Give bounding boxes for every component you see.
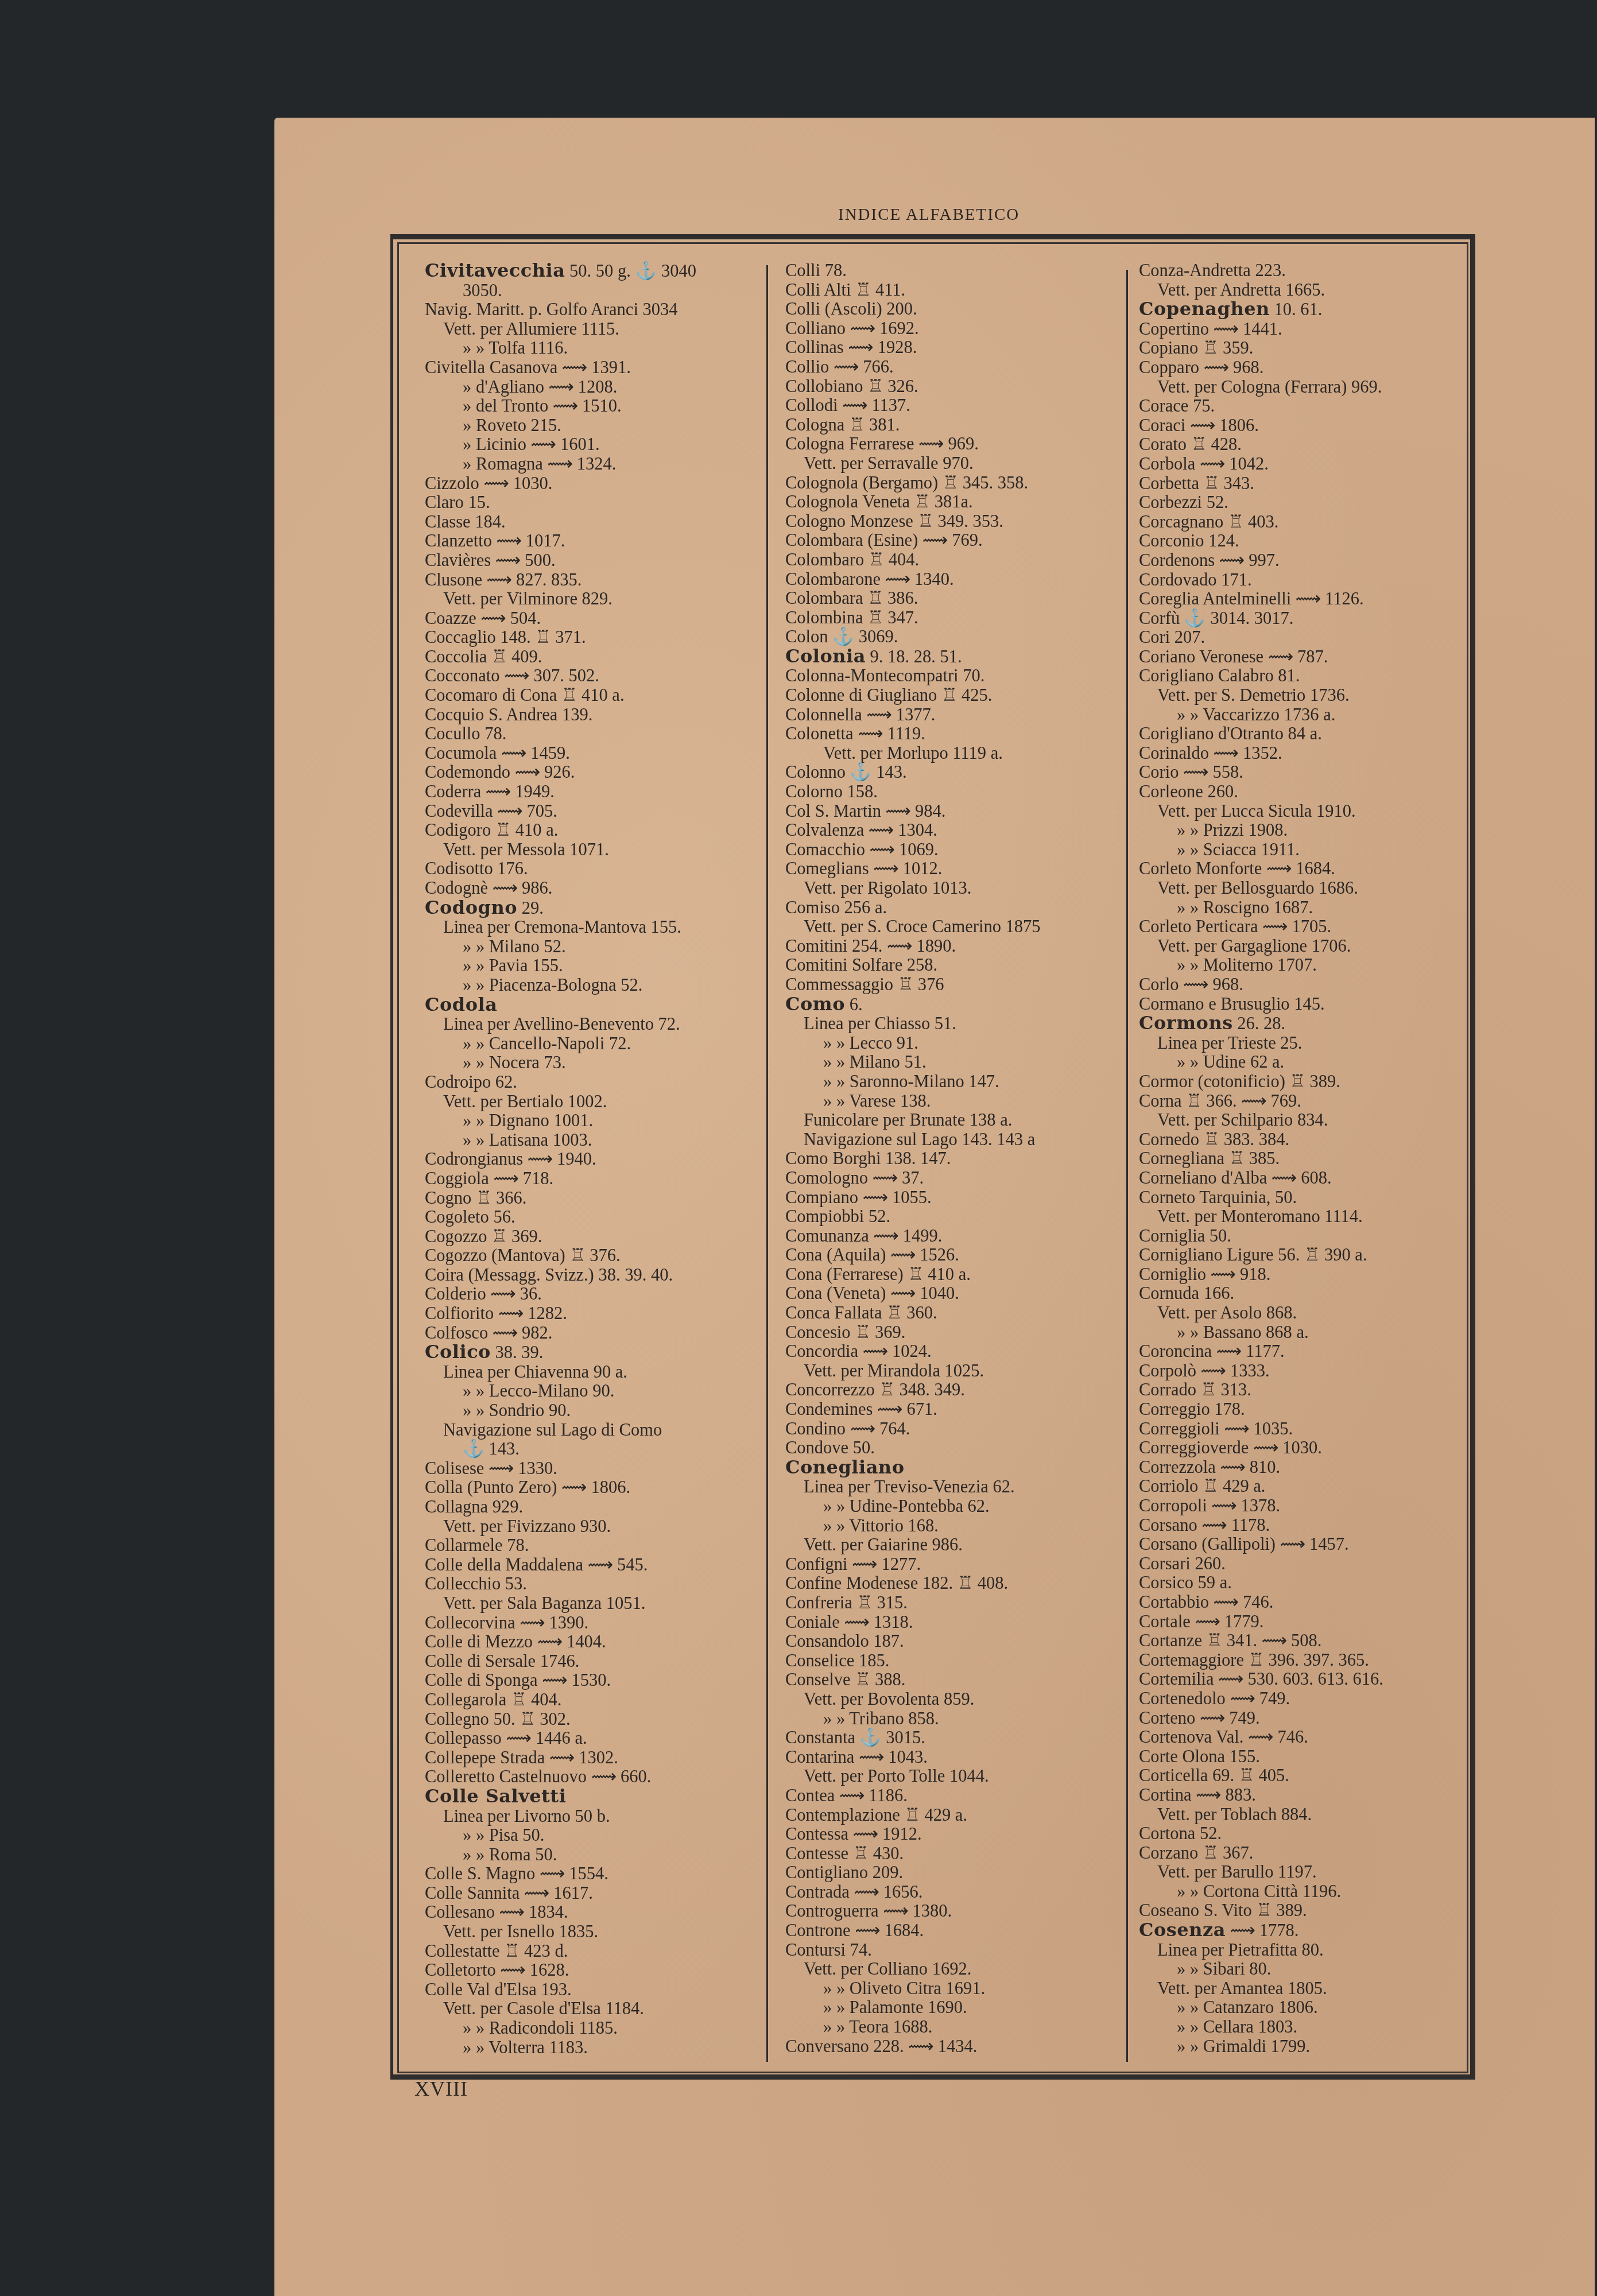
index-entry-text: Navigazione sul Lago di Como	[443, 1420, 662, 1440]
index-entry: Corneto Tarquinia, 50.	[1139, 1188, 1460, 1208]
index-entry: Cordovado 171.	[1139, 571, 1460, 590]
index-entry-text: Coraci ⟿ 1806.	[1139, 416, 1259, 435]
index-entry-text: Corneto Tarquinia, 50.	[1139, 1188, 1297, 1207]
index-entry: » » Lecco-Milano 90.	[425, 1382, 758, 1401]
index-entry: Cormons 26. 28.	[1139, 1014, 1460, 1034]
index-entry-text: Coderra ⟿ 1949.	[425, 782, 555, 801]
index-entry-text: Comologno ⟿ 37.	[785, 1168, 924, 1188]
index-entry-text: Civitella Casanova ⟿ 1391.	[425, 358, 631, 377]
index-entry: Contrada ⟿ 1656.	[785, 1883, 1130, 1902]
index-entry: Colle Val d'Elsa 193.	[425, 1980, 758, 2000]
index-entry: Colisese ⟿ 1330.	[425, 1459, 758, 1479]
index-entry-text: Corigliano Calabro 81.	[1139, 666, 1300, 685]
index-entry: Coriano Veronese ⟿ 787.	[1139, 647, 1460, 667]
index-entry: Cortemilia ⟿ 530. 603. 613. 616.	[1139, 1670, 1460, 1689]
index-entry: Corticella 69. ♖ 405.	[1139, 1766, 1460, 1786]
index-entry-text: Colle di Sponga ⟿ 1530.	[425, 1670, 611, 1690]
index-entry-heading: Colico	[425, 1341, 491, 1363]
index-entry-text: Linea per Chiasso 51.	[804, 1014, 956, 1033]
index-entry-text: Confine Modenese 182. ♖ 408.	[785, 1573, 1008, 1593]
index-entry-text: Comitini Solfare 258.	[785, 955, 937, 975]
index-entry-text: » » Bassano 868 a.	[1177, 1322, 1309, 1342]
index-entry: Cogozzo ♖ 369.	[425, 1227, 758, 1247]
index-entry: Concesio ♖ 369.	[785, 1323, 1130, 1343]
index-entry-text: » » Lecco-Milano 90.	[463, 1381, 614, 1401]
index-entry-text: Cologna Ferrarese ⟿ 969.	[785, 434, 979, 453]
index-entry: Navigazione sul Lago di Como	[425, 1421, 758, 1440]
index-entry: Concordia ⟿ 1024.	[785, 1342, 1130, 1362]
index-entry-text: Cortale ⟿ 1779.	[1139, 1612, 1263, 1631]
index-entry: Colombara ♖ 386.	[785, 589, 1130, 608]
index-entry: Copertino ⟿ 1441.	[1139, 320, 1460, 339]
index-entry: Conca Fallata ♖ 360.	[785, 1304, 1130, 1323]
index-entry: Condemines ⟿ 671.	[785, 1400, 1130, 1420]
index-entry: Vett. per Fivizzano 930.	[425, 1517, 758, 1537]
index-entry: Colle Sannita ⟿ 1617.	[425, 1884, 758, 1903]
index-entry: Cori 207.	[1139, 628, 1460, 647]
index-entry: Colderio ⟿ 36.	[425, 1285, 758, 1304]
index-entry-text: Cori 207.	[1139, 627, 1205, 647]
index-entry-text: Corace 75.	[1139, 396, 1215, 416]
index-entry-text: Como Borghi 138. 147.	[785, 1149, 951, 1168]
index-entry: Linea per Trieste 25.	[1139, 1034, 1460, 1053]
index-entry-text: Compiobbi 52.	[785, 1207, 890, 1226]
index-entry: Navigazione sul Lago 143. 143 a	[785, 1130, 1130, 1150]
index-entry: » » Latisana 1003.	[425, 1131, 758, 1150]
index-entry-text: Corfù ⚓ 3014. 3017.	[1139, 608, 1293, 628]
index-entry-text: Colli Alti ♖ 411.	[785, 280, 905, 300]
index-entry-text: Cogoleto 56.	[425, 1207, 515, 1227]
index-entry: Cona (Ferrarese) ♖ 410 a.	[785, 1265, 1130, 1285]
index-entry: Collobiano ♖ 326.	[785, 377, 1130, 397]
index-entry: Colonnella ⟿ 1377.	[785, 705, 1130, 725]
index-entry-text: Conca Fallata ♖ 360.	[785, 1303, 937, 1322]
index-entry-text: Corticella 69. ♖ 405.	[1139, 1766, 1289, 1785]
index-entry-text: Concesio ♖ 369.	[785, 1322, 905, 1342]
index-entry-text: Colliano ⟿ 1692.	[785, 319, 919, 338]
index-entry-text: » » Sciacca 1911.	[1177, 840, 1300, 859]
index-entry-text: Cortona 52.	[1139, 1824, 1222, 1843]
index-entry: Collarmele 78.	[425, 1536, 758, 1556]
index-entry: Colombarone ⟿ 1340.	[785, 570, 1130, 589]
index-entry-text: 3050.	[463, 281, 502, 300]
index-entry: » » Sondrio 90.	[425, 1401, 758, 1421]
index-entry: » » Lecco 91.	[785, 1034, 1130, 1053]
index-entry-text: Colonetta ⟿ 1119.	[785, 724, 925, 743]
index-entry: Clanzetto ⟿ 1017.	[425, 532, 758, 551]
index-entry: Cocullo 78.	[425, 724, 758, 744]
index-entry: Cosenza ⟿ 1778.	[1139, 1921, 1460, 1941]
index-entry-text: Condemines ⟿ 671.	[785, 1399, 937, 1419]
index-entry: Cologno Monzese ♖ 349. 353.	[785, 512, 1130, 532]
index-entry-text: Copparo ⟿ 968.	[1139, 358, 1263, 377]
index-entry-text: Vett. per Asolo 868.	[1157, 1303, 1297, 1322]
index-entry: Codognè ⟿ 986.	[425, 879, 758, 898]
index-entry: Vett. per Serravalle 970.	[785, 454, 1130, 474]
index-entry-refs: 50. 50 g. ⚓ 3040	[565, 261, 696, 281]
index-entry: Colle Salvetti	[425, 1787, 758, 1807]
index-entry-text: Colonne di Giugliano ♖ 425.	[785, 685, 992, 705]
index-entry-text: Concorrezzo ♖ 348. 349.	[785, 1380, 965, 1399]
index-entry-text: Colfosco ⟿ 982.	[425, 1323, 552, 1343]
index-entry: » del Tronto ⟿ 1510.	[425, 397, 758, 416]
index-entry: Configni ⟿ 1277.	[785, 1555, 1130, 1574]
index-entry: Codisotto 176.	[425, 859, 758, 879]
index-entry-text: Corinaldo ⟿ 1352.	[1139, 743, 1282, 763]
index-entry-text: Colognola (Bergamo) ♖ 345. 358.	[785, 473, 1028, 492]
index-entry-text: » d'Agliano ⟿ 1208.	[463, 377, 617, 397]
index-entry: Corsano (Gallipoli) ⟿ 1457.	[1139, 1535, 1460, 1554]
index-entry: Compiobbi 52.	[785, 1207, 1130, 1227]
index-entry-text: Corleto Monforte ⟿ 1684.	[1139, 859, 1335, 878]
index-entry: Collecchio 53.	[425, 1574, 758, 1594]
index-entry: Vett. per Isnello 1835.	[425, 1922, 758, 1942]
index-entry-text: Cocumola ⟿ 1459.	[425, 743, 570, 763]
index-entry: » » Vittorio 168.	[785, 1517, 1130, 1536]
index-entry: Vett. per Sala Baganza 1051.	[425, 1594, 758, 1614]
index-entry: » » Teora 1688.	[785, 2018, 1130, 2037]
index-entry: Colico 38. 39.	[425, 1343, 758, 1363]
index-entry: Corna ♖ 366. ⟿ 769.	[1139, 1092, 1460, 1111]
index-entry: Civitella Casanova ⟿ 1391.	[425, 358, 758, 378]
index-entry-text: Codisotto 176.	[425, 859, 528, 878]
index-entry: » Romagna ⟿ 1324.	[425, 455, 758, 474]
index-entry-text: » » Grimaldi 1799.	[1177, 2037, 1310, 2056]
index-entry: Colfosco ⟿ 982.	[425, 1324, 758, 1343]
index-entry: Cologna Ferrarese ⟿ 969.	[785, 435, 1130, 454]
index-entry: » » Grimaldi 1799.	[1139, 2037, 1460, 2057]
index-entry-text: Correggioverde ⟿ 1030.	[1139, 1438, 1322, 1457]
index-entry-text: Vett. per Barullo 1197.	[1157, 1862, 1317, 1882]
index-entry-text: Corzano ♖ 367.	[1139, 1843, 1253, 1863]
index-entry: Cortanze ♖ 341. ⟿ 508.	[1139, 1631, 1460, 1651]
index-entry: Como Borghi 138. 147.	[785, 1149, 1130, 1169]
index-entry-text: » » Roscigno 1687.	[1177, 898, 1313, 917]
index-entry-text: Vett. per Colliano 1692.	[804, 1959, 971, 1979]
index-entry: Colonetta ⟿ 1119.	[785, 724, 1130, 744]
index-entry-text: » » Cancello-Napoli 72.	[463, 1034, 631, 1053]
page-header-title: INDICE ALFABETICO	[838, 205, 1020, 224]
index-column-1: Civitavecchia 50. 50 g. ⚓ 30403050.Navig…	[425, 261, 758, 2057]
index-entry: Copiano ♖ 359.	[1139, 339, 1460, 358]
index-entry: Coseano S. Vito ♖ 389.	[1139, 1901, 1460, 1921]
index-entry: Cologna ♖ 381.	[785, 416, 1130, 435]
index-entry: Cornigliano Ligure 56. ♖ 390 a.	[1139, 1246, 1460, 1265]
index-entry-text: Collecorvina ⟿ 1390.	[425, 1613, 588, 1632]
index-entry-text: Cornuda 166.	[1139, 1283, 1234, 1303]
index-entry: Corropoli ⟿ 1378.	[1139, 1496, 1460, 1516]
index-entry: Claro 15.	[425, 493, 758, 513]
index-entry-text: Codevilla ⟿ 705.	[425, 801, 557, 821]
index-entry-text: Vett. per Isnello 1835.	[443, 1922, 598, 1941]
index-entry: Cormor (cotonificio) ♖ 389.	[1139, 1072, 1460, 1092]
index-entry: Collegarola ♖ 404.	[425, 1690, 758, 1710]
index-entry-text: Colle Sannita ⟿ 1617.	[425, 1883, 593, 1903]
index-entry-refs: 9. 18. 28. 51.	[866, 647, 962, 666]
index-entry-text: Collepepe Strada ⟿ 1302.	[425, 1748, 618, 1767]
index-entry: Vett. per Colliano 1692.	[785, 1960, 1130, 1979]
index-entry-text: Corpolò ⟿ 1333.	[1139, 1361, 1270, 1380]
index-entry-text: Controguerra ⟿ 1380.	[785, 1901, 952, 1921]
index-entry-text: Vett. per Rigolato 1013.	[804, 878, 971, 898]
index-entry: Corinaldo ⟿ 1352.	[1139, 744, 1460, 763]
index-entry: Colla (Punto Zero) ⟿ 1806.	[425, 1478, 758, 1498]
index-entry-text: Vett. per Mirandola 1025.	[804, 1361, 984, 1380]
index-entry-text: Collecchio 53.	[425, 1574, 527, 1593]
index-entry-text: Colonna-Montecompatri 70.	[785, 666, 984, 685]
index-entry-text: Codigoro ♖ 410 a.	[425, 820, 558, 840]
index-entry-heading: Como	[785, 993, 845, 1015]
index-entry-text: Corteno ⟿ 749.	[1139, 1708, 1260, 1728]
index-entry-text: Corbetta ♖ 343.	[1139, 474, 1254, 493]
index-entry: » » Volterra 1183.	[425, 2038, 758, 2058]
index-entry: Codevilla ⟿ 705.	[425, 802, 758, 821]
index-entry: » » Pisa 50.	[425, 1826, 758, 1845]
index-entry-text: Collodi ⟿ 1137.	[785, 395, 910, 415]
index-entry: » » Sciacca 1911.	[1139, 840, 1460, 860]
index-entry-text: Colletorto ⟿ 1628.	[425, 1960, 569, 1980]
index-entry: Corneliano d'Alba ⟿ 608.	[1139, 1169, 1460, 1188]
index-entry: Contesse ♖ 430.	[785, 1844, 1130, 1864]
index-entry-text: Cogno ♖ 366.	[425, 1188, 526, 1208]
index-entry: Controguerra ⟿ 1380.	[785, 1902, 1130, 1921]
index-entry: Cortona 52.	[1139, 1824, 1460, 1844]
index-entry: Controne ⟿ 1684.	[785, 1921, 1130, 1941]
index-entry: Colli 78.	[785, 261, 1130, 281]
index-entry: Vett. per Lucca Sicula 1910.	[1139, 802, 1460, 821]
index-entry-text: Coreglia Antelminelli ⟿ 1126.	[1139, 589, 1364, 608]
index-entry-text: Vett. per S. Croce Camerino 1875	[804, 917, 1041, 936]
index-entry-text: Corleto Perticara ⟿ 1705.	[1139, 917, 1331, 936]
index-entry-text: Collepasso ⟿ 1446 a.	[425, 1728, 587, 1748]
index-entry-text: Codrongianus ⟿ 1940.	[425, 1149, 596, 1169]
index-entry: Vett. per Bovolenta 859.	[785, 1690, 1130, 1709]
index-entry: Commessaggio ♖ 376	[785, 975, 1130, 995]
index-entry-text: Navig. Maritt. p. Golfo Aranci 3034	[425, 300, 677, 319]
index-entry-text: Clusone ⟿ 827. 835.	[425, 570, 582, 589]
index-entry-text: Clanzetto ⟿ 1017.	[425, 531, 565, 550]
index-entry: » » Roma 50.	[425, 1845, 758, 1865]
index-entry-text: Cortina ⟿ 883.	[1139, 1785, 1256, 1805]
index-entry: Conversano 228. ⟿ 1434.	[785, 2037, 1130, 2057]
index-entry: Collegno 50. ♖ 302.	[425, 1710, 758, 1729]
index-entry-text: Colderio ⟿ 36.	[425, 1284, 542, 1304]
index-entry-text: Corigliano d'Otranto 84 a.	[1139, 724, 1322, 743]
index-entry-text: Coriano Veronese ⟿ 787.	[1139, 647, 1328, 666]
index-entry: » » Prizzi 1908.	[1139, 821, 1460, 840]
index-entry: Vett. per Mirandola 1025.	[785, 1362, 1130, 1381]
index-entry-text: Condino ⟿ 764.	[785, 1419, 910, 1438]
index-entry: Conselice 185.	[785, 1651, 1130, 1671]
index-entry-text: Coccolia ♖ 409.	[425, 647, 542, 666]
index-entry-text: » » Latisana 1003.	[463, 1130, 592, 1150]
index-entry-text: Corsari 260.	[1139, 1554, 1226, 1573]
index-entry-text: Cona (Ferrarese) ♖ 410 a.	[785, 1265, 971, 1284]
index-entry-text: Contrada ⟿ 1656.	[785, 1882, 922, 1902]
index-entry: Cona (Veneta) ⟿ 1040.	[785, 1284, 1130, 1304]
index-entry: Contemplazione ♖ 429 a.	[785, 1806, 1130, 1825]
index-entry: Confine Modenese 182. ♖ 408.	[785, 1574, 1130, 1593]
index-entry: Coroncina ⟿ 1177.	[1139, 1342, 1460, 1362]
index-entry: » » Tribano 858.	[785, 1709, 1130, 1729]
index-entry: » » Moliterno 1707.	[1139, 956, 1460, 975]
index-entry-text: » Roveto 215.	[463, 416, 561, 435]
index-entry-text: » » Udine-Pontebba 62.	[823, 1496, 990, 1516]
index-entry: Coggiola ⟿ 718.	[425, 1169, 758, 1189]
index-entry-text: Collagna 929.	[425, 1497, 523, 1517]
index-entry-text: Colleretto Castelnuovo ⟿ 660.	[425, 1767, 651, 1786]
index-entry: Vett. per Morlupo 1119 a.	[785, 744, 1130, 763]
index-entry-text: Colombarone ⟿ 1340.	[785, 569, 954, 589]
index-entry: » » Milano 52.	[425, 937, 758, 957]
index-entry: Colonia 9. 18. 28. 51.	[785, 647, 1130, 667]
index-entry: » » Bassano 868 a.	[1139, 1323, 1460, 1343]
index-entry-text: Corlo ⟿ 968.	[1139, 975, 1243, 994]
index-entry: Corcagnano ♖ 403.	[1139, 513, 1460, 532]
index-entry: Corlo ⟿ 968.	[1139, 975, 1460, 995]
index-entry: Linea per Cremona-Mantova 155.	[425, 918, 758, 937]
index-entry-text: » » Saronno-Milano 147.	[823, 1072, 999, 1091]
index-entry-text: Coseano S. Vito ♖ 389.	[1139, 1901, 1307, 1920]
index-entry: Corsico 59 a.	[1139, 1573, 1460, 1593]
index-entry: Coreglia Antelminelli ⟿ 1126.	[1139, 589, 1460, 609]
index-entry: Colombaro ♖ 404.	[785, 550, 1130, 570]
index-entry: Confreria ♖ 315.	[785, 1593, 1130, 1613]
index-entry: Cornuda 166.	[1139, 1284, 1460, 1304]
index-entry: Corsari 260.	[1139, 1554, 1460, 1574]
index-entry: Compiano ⟿ 1055.	[785, 1188, 1130, 1208]
index-entry: Cordenons ⟿ 997.	[1139, 551, 1460, 571]
index-entry-text: Comacchio ⟿ 1069.	[785, 840, 939, 859]
index-entry: » » Piacenza-Bologna 52.	[425, 976, 758, 995]
index-entry: » » Roscigno 1687.	[1139, 898, 1460, 918]
index-entry: Linea per Avellino-Benevento 72.	[425, 1015, 758, 1034]
index-entry-text: Vett. per Bovolenta 859.	[804, 1689, 974, 1709]
index-entry-text: Contursi 74.	[785, 1940, 872, 1960]
index-entry-heading: Conegliano	[785, 1456, 904, 1478]
index-entry: Corriolo ♖ 429 a.	[1139, 1477, 1460, 1496]
index-entry-text: Correzzola ⟿ 810.	[1139, 1457, 1280, 1477]
index-entry-text: Comeglians ⟿ 1012.	[785, 859, 942, 878]
index-entry-text: Cona (Aquila) ⟿ 1526.	[785, 1245, 959, 1265]
index-entry: Conselve ♖ 388.	[785, 1670, 1130, 1690]
index-entry-text: » » Udine 62 a.	[1177, 1052, 1284, 1072]
index-entry: Cizzolo ⟿ 1030.	[425, 474, 758, 494]
index-entry: Correggioli ⟿ 1035.	[1139, 1420, 1460, 1439]
index-entry: Vett. per Andretta 1665.	[1139, 281, 1460, 300]
index-entry-text: » » Cortona Città 1196.	[1177, 1882, 1341, 1901]
index-entry-text: Colvalenza ⟿ 1304.	[785, 820, 937, 840]
index-entry-text: Linea per Chiavenna 90 a.	[443, 1362, 627, 1382]
index-entry: Colon ⚓ 3069.	[785, 627, 1130, 647]
index-entry-text: Vett. per Fivizzano 930.	[443, 1517, 611, 1536]
index-entry-text: Corsico 59 a.	[1139, 1573, 1232, 1592]
index-entry-text: Contarina ⟿ 1043.	[785, 1747, 928, 1767]
index-entry: Corigliano d'Otranto 84 a.	[1139, 724, 1460, 744]
index-entry-text: Commessaggio ♖ 376	[785, 975, 944, 994]
index-entry: Colle di Mezzo ⟿ 1404.	[425, 1632, 758, 1652]
index-entry: Vett. per S. Demetrio 1736.	[1139, 686, 1460, 705]
index-column-2: Colli 78.Colli Alti ♖ 411.Colli (Ascoli)…	[785, 261, 1130, 2056]
index-entry: Col S. Martin ⟿ 984.	[785, 802, 1130, 821]
index-entry-text: Comitini 254. ⟿ 1890.	[785, 936, 956, 956]
index-entry: Linea per Chiasso 51.	[785, 1014, 1130, 1034]
index-entry-text: » » Radicondoli 1185.	[463, 2018, 618, 2038]
index-entry: Corsano ⟿ 1178.	[1139, 1516, 1460, 1535]
index-entry: Conza-Andretta 223.	[1139, 261, 1460, 281]
index-entry: Cortenova Val. ⟿ 746.	[1139, 1728, 1460, 1747]
index-entry: » » Saronno-Milano 147.	[785, 1072, 1130, 1092]
index-entry-text: Collobiano ♖ 326.	[785, 377, 918, 396]
index-entry: Vett. per S. Croce Camerino 1875	[785, 917, 1130, 937]
index-entry-text: Condove 50.	[785, 1438, 875, 1457]
index-entry: Correggio 178.	[1139, 1400, 1460, 1420]
index-entry: Colvalenza ⟿ 1304.	[785, 821, 1130, 840]
index-entry-text: Colon ⚓ 3069.	[785, 627, 898, 646]
index-entry-text: Collio ⟿ 766.	[785, 357, 894, 377]
index-entry-text: Comiso 256 a.	[785, 898, 887, 917]
index-entry: Vett. per Casole d'Elsa 1184.	[425, 1999, 758, 2019]
index-entry-text: Correggioli ⟿ 1035.	[1139, 1419, 1293, 1438]
index-entry: Linea per Chiavenna 90 a.	[425, 1363, 758, 1382]
index-entry: Cocumola ⟿ 1459.	[425, 744, 758, 763]
index-entry: Condino ⟿ 764.	[785, 1420, 1130, 1439]
index-entry: Vett. per Asolo 868.	[1139, 1304, 1460, 1323]
index-entry: Codigoro ♖ 410 a.	[425, 821, 758, 840]
index-entry-text: Constanta ⚓ 3015.	[785, 1728, 925, 1747]
index-entry-text: Colla (Punto Zero) ⟿ 1806.	[425, 1477, 630, 1497]
index-entry-refs: 26. 28.	[1233, 1014, 1286, 1033]
index-entry-text: Vett. per Vilminore 829.	[443, 589, 613, 608]
index-entry-text: » » Milano 51.	[823, 1052, 927, 1072]
index-entry-text: Cornigliano Ligure 56. ♖ 390 a.	[1139, 1245, 1367, 1265]
index-entry-text: Colle Val d'Elsa 193.	[425, 1980, 572, 1999]
index-entry-text: » » Lecco 91.	[823, 1033, 918, 1053]
index-entry: » Licinio ⟿ 1601.	[425, 435, 758, 455]
index-entry: Correggioverde ⟿ 1030.	[1139, 1438, 1460, 1458]
index-entry-text: Vett. per Cologna (Ferrara) 969.	[1157, 377, 1382, 397]
index-entry-text: Colle S. Magno ⟿ 1554.	[425, 1864, 608, 1883]
index-entry-text: Coira (Messagg. Svizz.) 38. 39. 40.	[425, 1265, 673, 1285]
index-entry-text: » » Vaccarizzo 1736 a.	[1177, 705, 1335, 724]
index-entry: Colle di Sponga ⟿ 1530.	[425, 1671, 758, 1690]
index-entry-text: Colombina ♖ 347.	[785, 608, 918, 627]
index-entry-text: Funicolare per Brunate 138 a.	[804, 1110, 1012, 1130]
index-entry-text: Vett. per S. Demetrio 1736.	[1157, 685, 1350, 705]
index-entry-refs: 29.	[517, 898, 544, 918]
index-entry-text: Cocomaro di Cona ♖ 410 a.	[425, 685, 625, 705]
index-entry: Colle S. Magno ⟿ 1554.	[425, 1864, 758, 1884]
index-entry: Vett. per Messola 1071.	[425, 840, 758, 860]
index-entry-text: Cormor (cotonificio) ♖ 389.	[1139, 1072, 1340, 1091]
index-entry-text: Collegno 50. ♖ 302.	[425, 1709, 571, 1729]
index-entry: Consandolo 187.	[785, 1632, 1130, 1651]
index-entry-text: Colli (Ascoli) 200.	[785, 299, 917, 319]
index-entry-text: Vett. per Morlupo 1119 a.	[823, 743, 1003, 763]
index-entry: » » Vaccarizzo 1736 a.	[1139, 705, 1460, 725]
index-entry-text: Vett. per Lucca Sicula 1910.	[1157, 801, 1356, 821]
index-entry: » » Oliveto Citra 1691.	[785, 1979, 1130, 1999]
index-entry-text: Vett. per Monteromano 1114.	[1157, 1207, 1363, 1226]
index-entry: Colonno ⚓ 143.	[785, 763, 1130, 782]
index-entry-text: Corcagnano ♖ 403.	[1139, 512, 1278, 532]
index-entry: Cogozzo (Mantova) ♖ 376.	[425, 1246, 758, 1266]
index-entry: Cogoleto 56.	[425, 1208, 758, 1227]
index-entry: Cornegliana ♖ 385.	[1139, 1149, 1460, 1169]
index-entry-text: » » Varese 138.	[823, 1091, 931, 1111]
index-entry-text: Vett. per Bellosguardo 1686.	[1157, 878, 1358, 898]
index-entry-text: Confreria ♖ 315.	[785, 1593, 908, 1612]
